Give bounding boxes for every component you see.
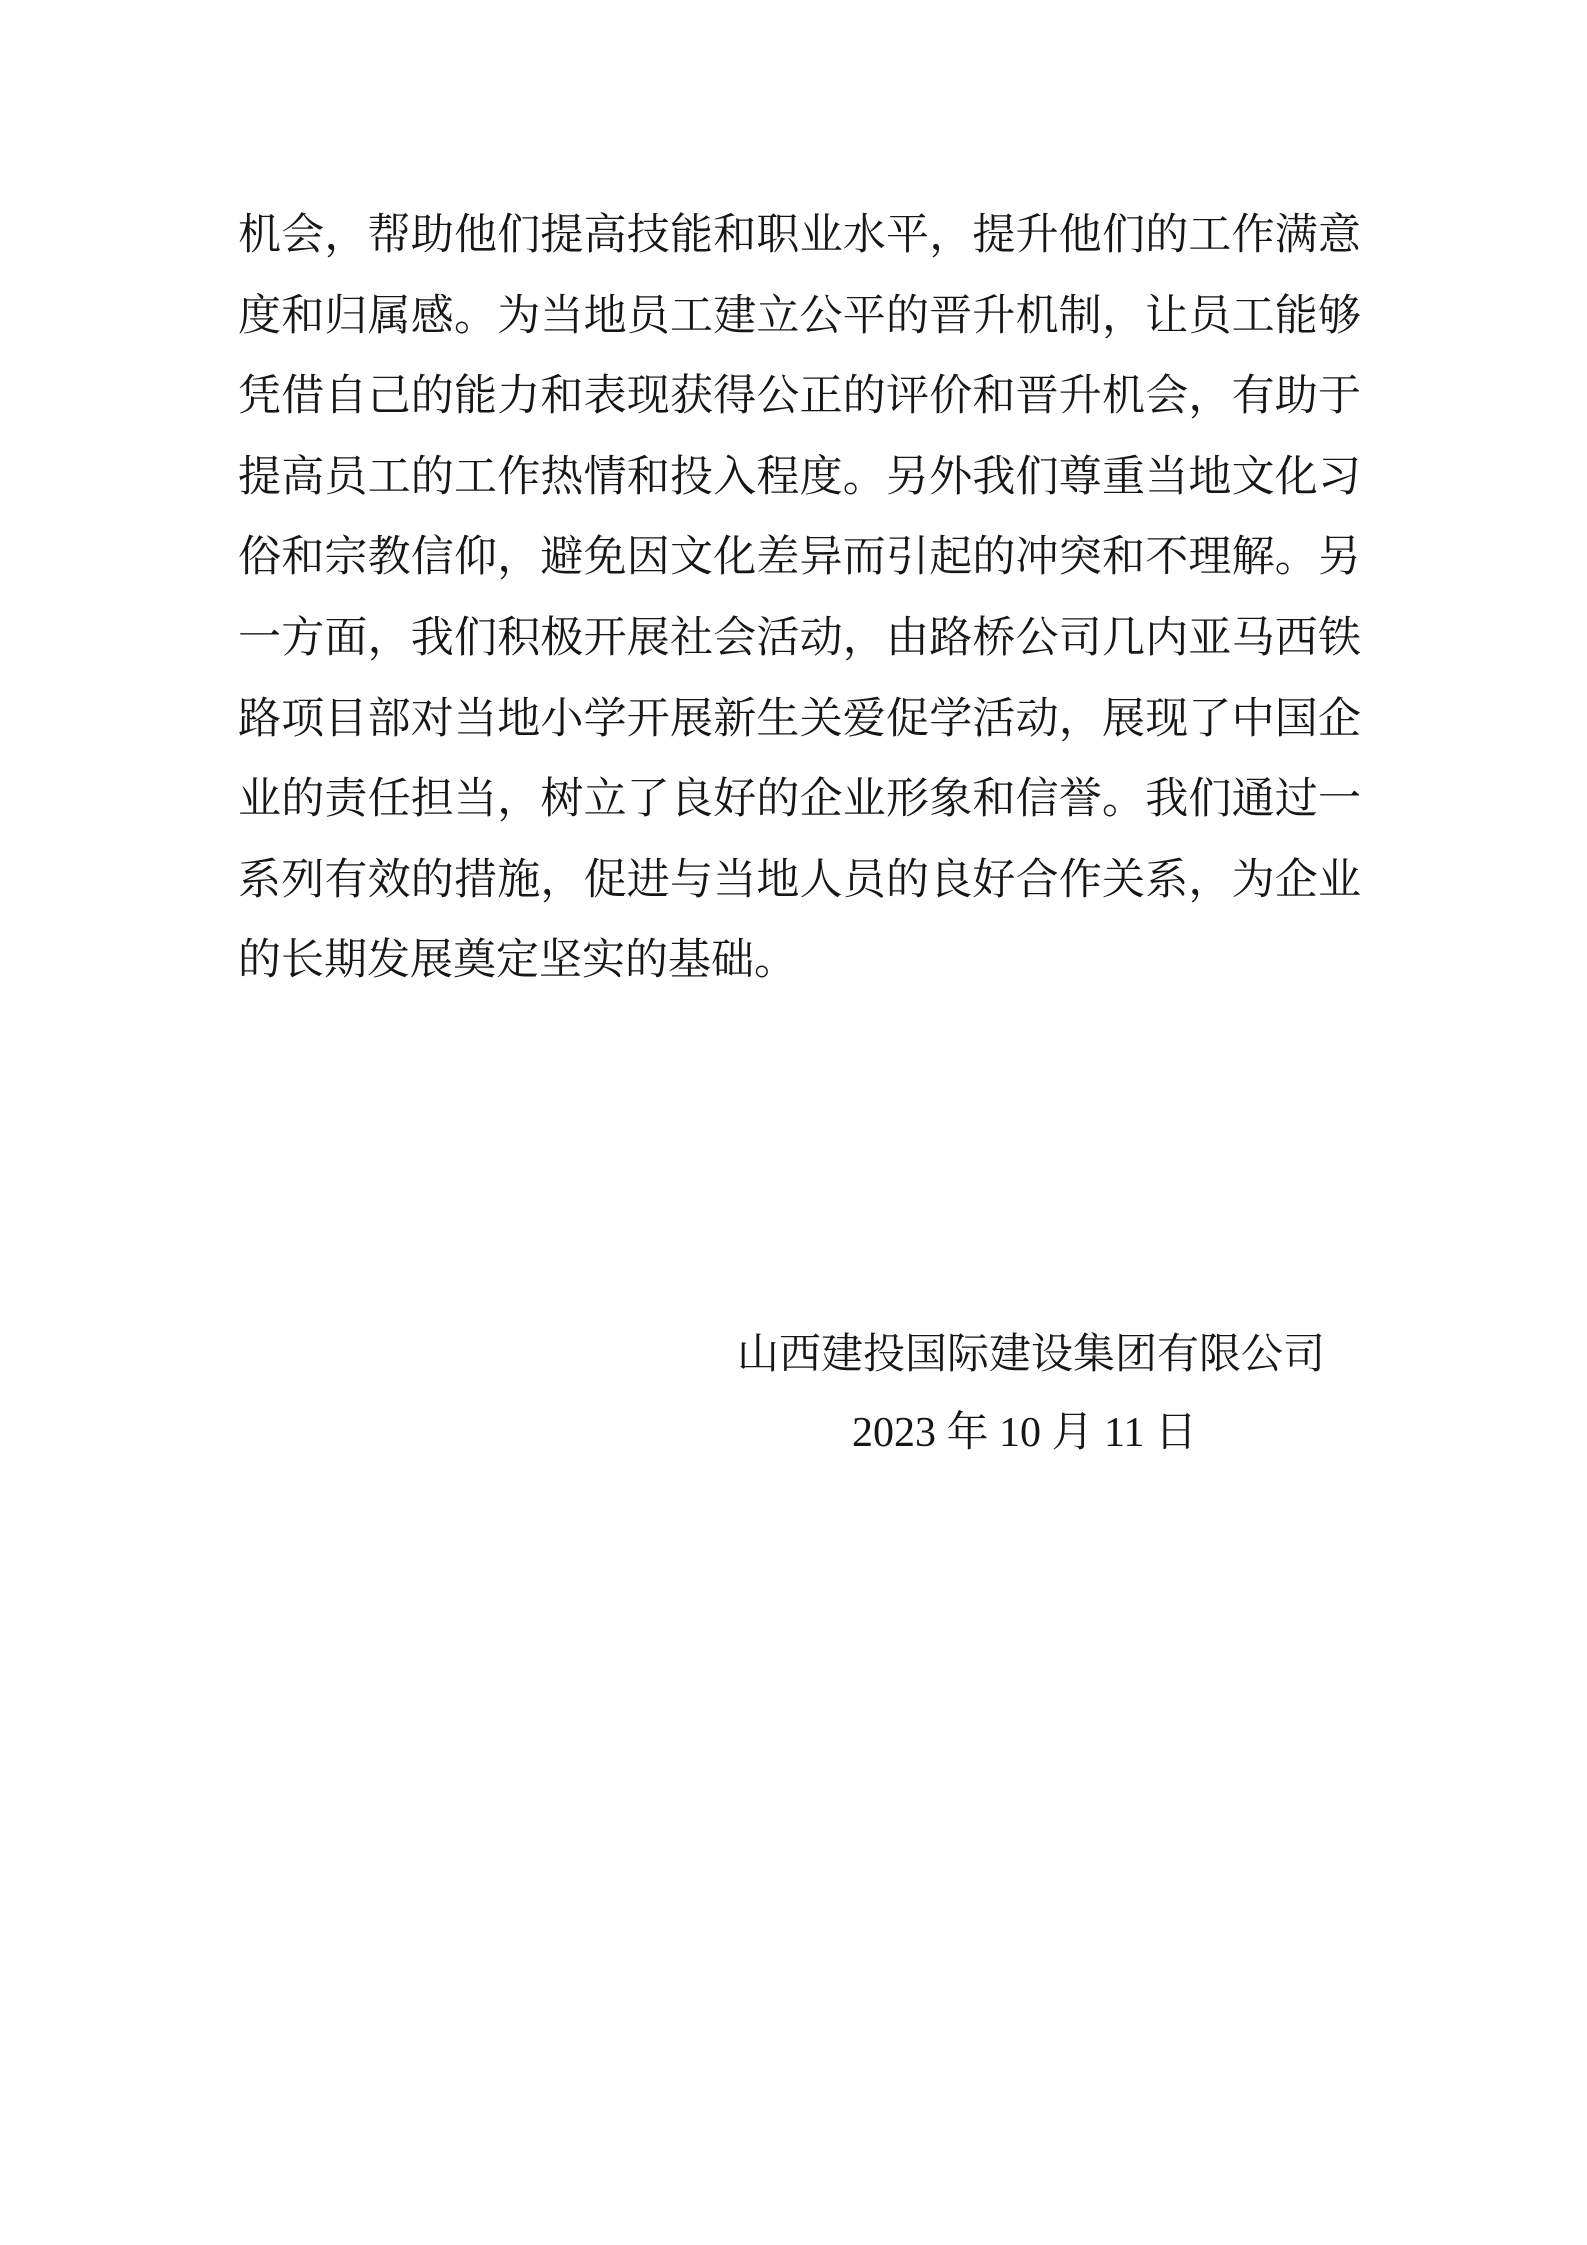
body-text-line: 一方面，我们积极开展社会活动，由路桥公司几内亚马西铁	[238, 599, 1361, 680]
document-page: 机会，帮助他们提高技能和职业水平，提升他们的工作满意 度和归属感。为当地员工建立…	[0, 0, 1587, 2245]
body-text-line: 凭借自己的能力和表现获得公正的评价和晋升机会，有助于	[238, 357, 1361, 438]
body-text-line: 提高员工的工作热情和投入程度。另外我们尊重当地文化习	[238, 438, 1361, 519]
body-text-line: 业的责任担当，树立了良好的企业形象和信誉。我们通过一	[238, 760, 1361, 841]
body-text-line: 俗和宗教信仰，避免因文化差异而引起的冲突和不理解。另	[238, 518, 1361, 599]
body-text-line: 度和归属感。为当地员工建立公平的晋升机制，让员工能够	[238, 277, 1361, 358]
body-text-line: 机会，帮助他们提高技能和职业水平，提升他们的工作满意	[238, 196, 1361, 277]
body-text-line: 路项目部对当地小学开展新生关爱促学活动，展现了中国企	[238, 680, 1361, 761]
body-text-line: 系列有效的措施，促进与当地人员的良好合作关系，为企业	[238, 841, 1361, 922]
signature-date: 2023 年 10 月 11 日	[852, 1407, 1197, 1459]
body-paragraph: 机会，帮助他们提高技能和职业水平，提升他们的工作满意 度和归属感。为当地员工建立…	[238, 196, 1361, 1002]
body-text-line: 的长期发展奠定坚实的基础。	[238, 921, 1361, 1002]
company-signature: 山西建投国际建设集团有限公司	[737, 1330, 1325, 1380]
